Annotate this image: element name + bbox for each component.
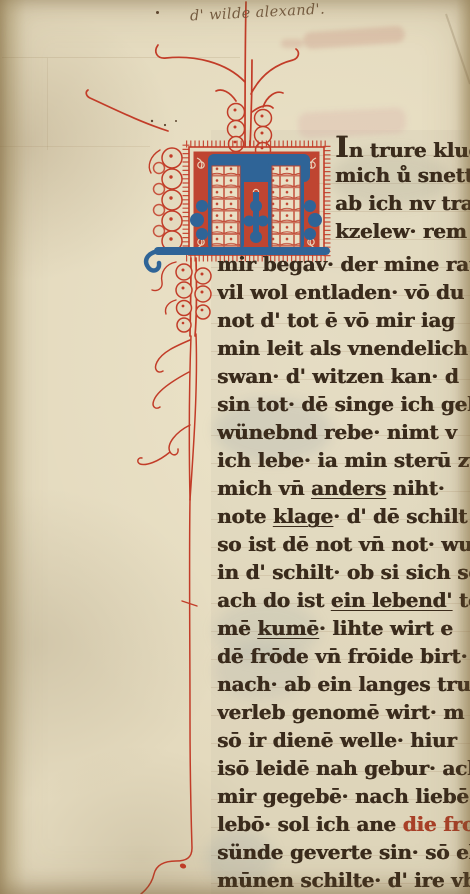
manuscript-text-line: In trure kluch: [217, 133, 470, 161]
manuscript-text-line: isō leidē nah gebur· ach: [217, 754, 470, 782]
text-segment: note: [217, 504, 273, 528]
text-segment: not d' tot ē vō mir iag: [217, 308, 455, 332]
manuscript-text-line: mir gegebē· nach liebē v: [217, 782, 470, 810]
text-segment: · lihte wirt e: [319, 616, 453, 640]
text-segment-underline: klage: [273, 504, 333, 528]
manuscript-text-line: mūnen schilte· d' ire vb: [217, 866, 470, 894]
manuscript-text-line: so ist dē not vn̄ not· wu: [217, 530, 470, 558]
manuscript-text-line: ach do ist ein lebend' tot: [217, 586, 470, 614]
text-segment: sünde geverte sin· sō eb: [217, 840, 470, 864]
manuscript-text-line: vil wol entladen· vō du: [217, 278, 470, 306]
manuscript-text-line: swan· d' witzen kan· d: [217, 362, 470, 390]
manuscript-text-line: sō ir dienē welle· hiur: [217, 726, 470, 754]
parchment-crease: [446, 14, 470, 84]
text-segment: so ist dē not vn̄ not· wu: [217, 532, 470, 556]
text-segment: ab ich nv trag: [335, 191, 470, 215]
text-segment: sin tot· dē singe ich gelie: [217, 392, 470, 416]
text-segment: swan· d' witzen kan· d: [217, 364, 458, 388]
manuscript-text-line: sin tot· dē singe ich gelie: [217, 390, 470, 418]
text-segment: mūnen schilte· d' ire vb: [217, 868, 470, 892]
manuscript-text-line: mich vn̄ anders niht·: [217, 474, 470, 502]
manuscript-text-line: mich ů snett· n: [217, 161, 470, 189]
text-segment: wünebnd rebe· nimt v: [217, 420, 457, 444]
text-segment: mē: [217, 616, 257, 640]
text-segment-underline: ein lebend': [331, 588, 452, 612]
text-segment: dē frōde vn̄ frōide birt·: [217, 644, 467, 668]
manuscript-text-line: wünebnd rebe· nimt v: [217, 418, 470, 446]
manuscript-text-line: kzelew· rem: [217, 217, 470, 245]
manuscript-text-line: verleb genomē wirt· m: [217, 698, 470, 726]
text-segment-underline: kumē: [257, 616, 319, 640]
text-segment: mir begav· der mine rat: [217, 252, 470, 276]
text-segment: · d' dē schilt m: [333, 504, 470, 528]
text-segment: ich lebe· ia min sterū zv: [217, 448, 470, 472]
text-segment: kzelew· rem: [335, 219, 467, 243]
manuscript-text-line: mē kumē· lihte wirt e: [217, 614, 470, 642]
text-segment: mir gegebē· nach liebē v: [217, 784, 470, 808]
manuscript-text-line: sünde geverte sin· sō eb: [217, 838, 470, 866]
text-segment: ach do ist: [217, 588, 331, 612]
text-segment: in d' schilt· ob si sich sche: [217, 560, 470, 584]
text-segment-underline: anders: [311, 476, 386, 500]
manuscript-text-line: note klage· d' dē schilt m: [217, 502, 470, 530]
text-segment: vil wol entladen· vō du: [217, 280, 464, 304]
text-segment: nach· ab ein langes trur: [217, 672, 470, 696]
ink-specks: [151, 120, 177, 126]
text-segment: tot: [452, 588, 470, 612]
manuscript-text-line: lebō· sol ich ane die fro: [217, 810, 470, 838]
text-segment: isō leidē nah gebur· ach: [217, 756, 470, 780]
text-segment: sō ir dienē welle· hiur: [217, 728, 457, 752]
text-segment: niht·: [386, 476, 445, 500]
manuscript-text-line: nach· ab ein langes trur: [217, 670, 470, 698]
manuscript-text-line: ab ich nv trag: [217, 189, 470, 217]
text-column: In trure kluchmich ů snett· nab ich nv t…: [217, 133, 470, 894]
text-segment-versal: I: [335, 133, 349, 164]
manuscript-photo: { "manuscript": { "description": "Mediev…: [0, 0, 470, 894]
manuscript-text-line: min leit als vnendelich: [217, 334, 470, 362]
manuscript-text-line: not d' tot ē vō mir iag: [217, 306, 470, 334]
penwork-descender-line: [141, 500, 192, 894]
text-segment: mich vn̄: [217, 476, 311, 500]
manuscript-text-line: ich lebe· ia min sterū zv: [217, 446, 470, 474]
manuscript-text-line: dē frōde vn̄ frōide birt·: [217, 642, 470, 670]
text-segment: verleb genomē wirt· m: [217, 700, 464, 724]
text-segment: mich ů snett· n: [335, 163, 470, 187]
ink-dot: [156, 11, 159, 14]
manuscript-text-line: in d' schilt· ob si sich sche: [217, 558, 470, 586]
red-ink-blob: [179, 863, 187, 870]
text-segment: lebō· sol ich ane: [217, 812, 403, 836]
text-segment-rubric: die fro: [403, 812, 470, 836]
manuscript-text-line: mir begav· der mine rat: [217, 250, 470, 278]
text-segment: min leit als vnendelich: [217, 336, 468, 360]
text-segment: n trure kluch: [349, 138, 470, 162]
